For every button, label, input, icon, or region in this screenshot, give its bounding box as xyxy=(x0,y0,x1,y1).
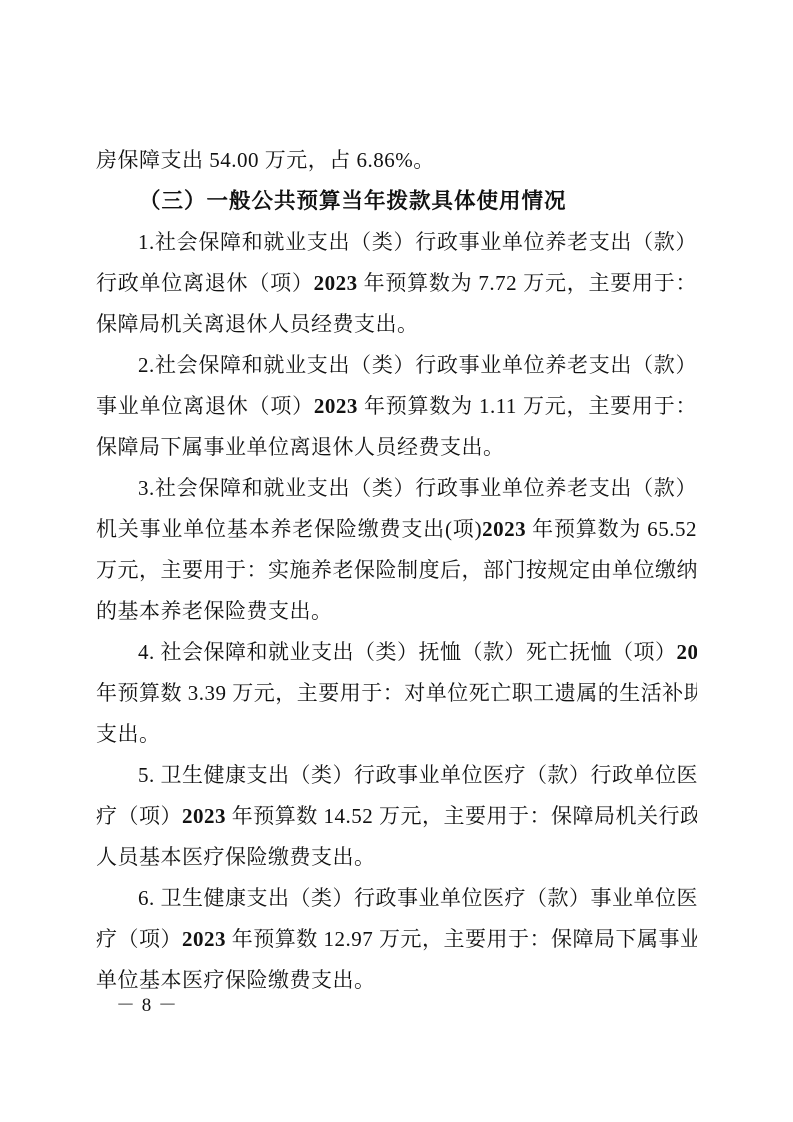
intro-line: 房保障支出 54.00 万元，占 6.86%。 xyxy=(96,140,697,181)
paragraph-line: 保障局下属事业单位离退休人员经费支出。 xyxy=(96,427,697,468)
paragraph-line: 年预算数 3.39 万元，主要用于：对单位死亡职工遗属的生活补助 xyxy=(96,673,697,714)
paragraph-line: 3.社会保障和就业支出（类）行政事业单位养老支出（款） xyxy=(96,468,697,509)
paragraph-line: 保障局机关离退休人员经费支出。 xyxy=(96,304,697,345)
paragraph-line: 支出。 xyxy=(96,714,697,755)
paragraph-line: 人员基本医疗保险缴费支出。 xyxy=(96,837,697,878)
paragraph-line: 单位基本医疗保险缴费支出。 xyxy=(96,960,697,1001)
paragraph-line: 4. 社会保障和就业支出（类）抚恤（款）死亡抚恤（项）2023 xyxy=(96,632,697,673)
paragraph: 2.社会保障和就业支出（类）行政事业单位养老支出（款）事业单位离退休（项）202… xyxy=(96,345,697,468)
paragraph: 4. 社会保障和就业支出（类）抚恤（款）死亡抚恤（项）2023年预算数 3.39… xyxy=(96,632,697,755)
paragraph-line: 疗（项）2023 年预算数 14.52 万元，主要用于：保障局机关行政 xyxy=(96,796,697,837)
paragraph-line: 万元，主要用于：实施养老保险制度后，部门按规定由单位缴纳 xyxy=(96,550,697,591)
paragraph: 3.社会保障和就业支出（类）行政事业单位养老支出（款）机关事业单位基本养老保险缴… xyxy=(96,468,697,632)
paragraph-line: 机关事业单位基本养老保险缴费支出(项)2023 年预算数为 65.52 xyxy=(96,509,697,550)
paragraph-line: 6. 卫生健康支出（类）行政事业单位医疗（款）事业单位医 xyxy=(96,878,697,919)
paragraph-line: 1.社会保障和就业支出（类）行政事业单位养老支出（款） xyxy=(96,222,697,263)
section-heading: （三）一般公共预算当年拨款具体使用情况 xyxy=(96,181,697,222)
paragraphs: 1.社会保障和就业支出（类）行政事业单位养老支出（款）行政单位离退休（项）202… xyxy=(96,222,697,1001)
document-page: 房保障支出 54.00 万元，占 6.86%。 （三）一般公共预算当年拨款具体使… xyxy=(0,0,793,1122)
paragraph-line: 事业单位离退休（项）2023 年预算数为 1.11 万元，主要用于： xyxy=(96,386,697,427)
paragraph: 5. 卫生健康支出（类）行政事业单位医疗（款）行政单位医疗（项）2023 年预算… xyxy=(96,755,697,878)
paragraph: 6. 卫生健康支出（类）行政事业单位医疗（款）事业单位医疗（项）2023 年预算… xyxy=(96,878,697,1001)
paragraph-line: 的基本养老保险费支出。 xyxy=(96,591,697,632)
paragraph-line: 5. 卫生健康支出（类）行政事业单位医疗（款）行政单位医 xyxy=(96,755,697,796)
page-content: 房保障支出 54.00 万元，占 6.86%。 （三）一般公共预算当年拨款具体使… xyxy=(96,140,697,1001)
paragraph: 1.社会保障和就业支出（类）行政事业单位养老支出（款）行政单位离退休（项）202… xyxy=(96,222,697,345)
page-number: － 8 － xyxy=(116,986,178,1026)
paragraph-line: 行政单位离退休（项）2023 年预算数为 7.72 万元，主要用于： xyxy=(96,263,697,304)
paragraph-line: 疗（项）2023 年预算数 12.97 万元，主要用于：保障局下属事业 xyxy=(96,919,697,960)
paragraph-line: 2.社会保障和就业支出（类）行政事业单位养老支出（款） xyxy=(96,345,697,386)
